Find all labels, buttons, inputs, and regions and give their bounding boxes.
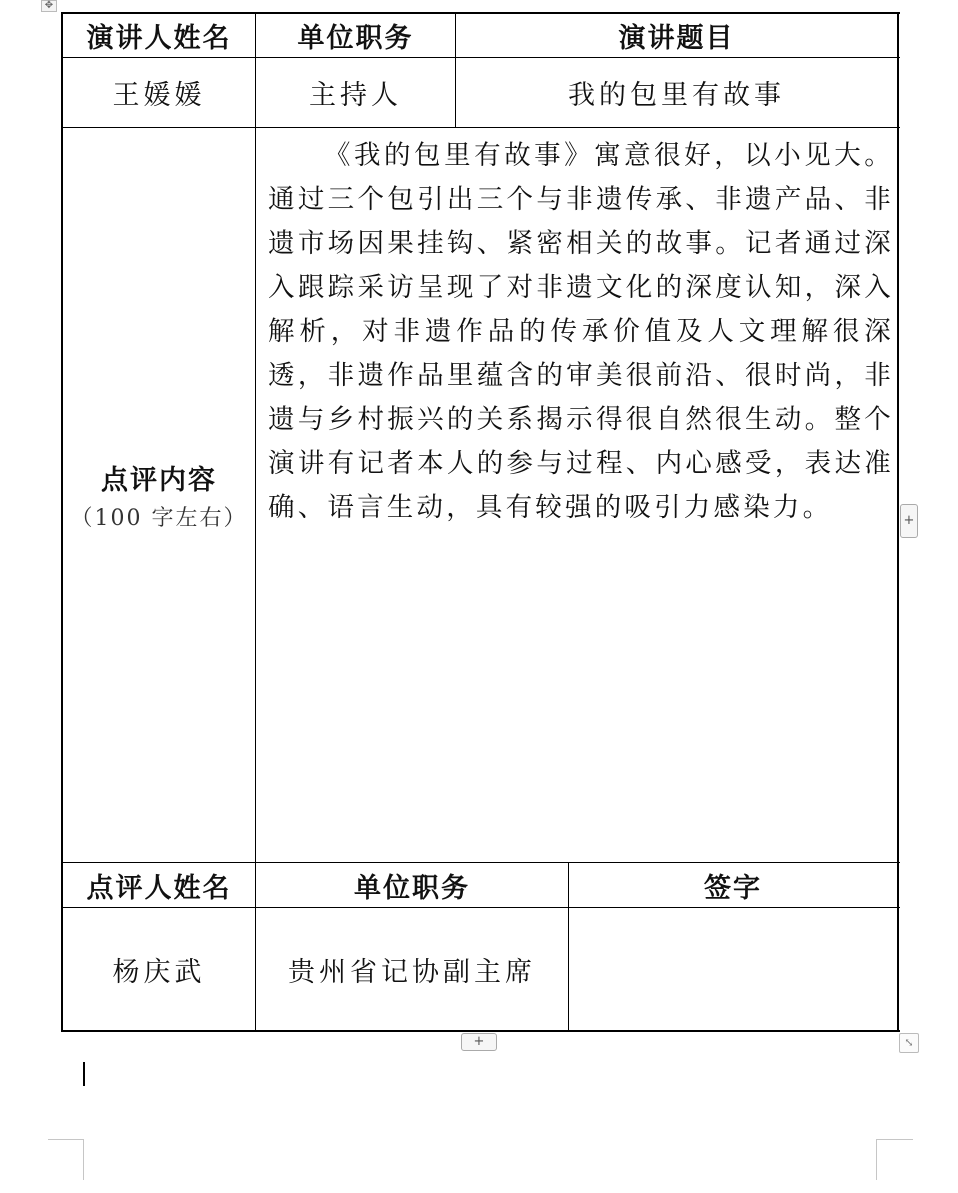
add-row-button[interactable]: + — [461, 1033, 497, 1051]
margin-corner-bottom-left — [48, 1139, 84, 1180]
speaker-position-cell[interactable]: 主持人 — [256, 58, 455, 127]
reviewer-name-cell[interactable]: 杨庆武 — [63, 908, 255, 1030]
header-reviewer-position: 单位职务 — [256, 863, 568, 907]
signature-cell[interactable] — [569, 908, 897, 1030]
header-topic: 演讲题目 — [456, 14, 897, 57]
comment-text: 《我的包里有故事》寓意很好，以小见大。通过三个包引出三个与非遗传承、非遗产品、非… — [268, 134, 894, 530]
add-column-button[interactable]: + — [900, 504, 918, 538]
table-border-bottom — [62, 1030, 900, 1032]
comment-label-cell: 点评内容 （100 字左右） — [63, 128, 255, 862]
header-speaker-name: 演讲人姓名 — [63, 14, 255, 57]
table-border-right — [897, 12, 899, 1032]
header-signature: 签字 — [569, 863, 897, 907]
comment-text-cell[interactable]: 《我的包里有故事》寓意很好，以小见大。通过三个包引出三个与非遗传承、非遗产品、非… — [268, 134, 894, 530]
header-position: 单位职务 — [256, 14, 455, 57]
table-move-handle-icon[interactable]: ✥ — [41, 0, 57, 12]
header-reviewer-name: 点评人姓名 — [63, 863, 255, 907]
table-resize-handle-icon[interactable]: ⤡ — [899, 1033, 919, 1053]
margin-corner-bottom-right — [876, 1139, 913, 1180]
comment-label: 点评内容 — [101, 458, 217, 497]
text-cursor — [83, 1062, 85, 1086]
speaker-topic-cell[interactable]: 我的包里有故事 — [456, 58, 897, 127]
reviewer-position-cell[interactable]: 贵州省记协副主席 — [256, 908, 568, 1030]
comment-length-hint: （100 字左右） — [71, 501, 248, 532]
speaker-name-cell[interactable]: 王媛媛 — [63, 58, 255, 127]
